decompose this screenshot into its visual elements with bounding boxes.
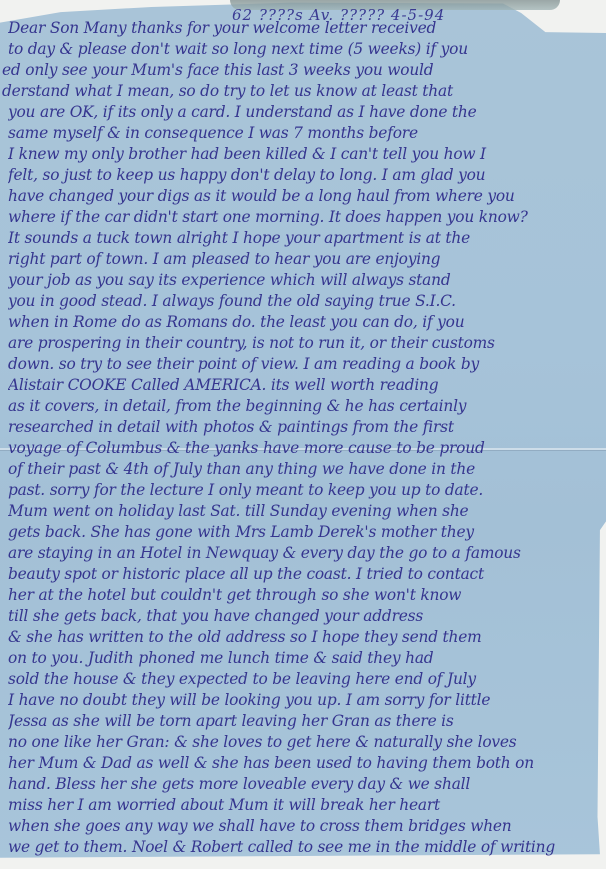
letter-line: to day & please don't wait so long next … bbox=[8, 39, 604, 59]
letter-line: you in good stead. I always found the ol… bbox=[8, 291, 604, 311]
letter-line: beauty spot or historic place all up the… bbox=[8, 564, 604, 584]
letter-line: are staying in an Hotel in Newquay & eve… bbox=[8, 543, 604, 563]
letter-line: right part of town. I am pleased to hear… bbox=[8, 249, 604, 269]
letter-line: you are OK, if its only a card. I unders… bbox=[8, 102, 604, 122]
letter-line: felt, so just to keep us happy don't del… bbox=[8, 165, 604, 185]
handwritten-letter: 62 ????s Av. ????? 4-5-94 Dear Son Many … bbox=[0, 0, 606, 869]
letter-line: where if the car didn't start one mornin… bbox=[8, 207, 604, 227]
letter-line: ed only see your Mum's face this last 3 … bbox=[2, 60, 598, 80]
letter-line: Alistair COOKE Called AMERICA. its well … bbox=[8, 375, 604, 395]
letter-line: have changed your digs as it would be a … bbox=[8, 186, 604, 206]
letter-line: I knew my only brother had been killed &… bbox=[8, 144, 604, 164]
letter-line: till she gets back, that you have change… bbox=[8, 606, 604, 626]
letter-line: down. so try to see their point of view.… bbox=[8, 354, 604, 374]
letter-line: miss her I am worried about Mum it will … bbox=[8, 795, 604, 815]
letter-line: her at the hotel but couldn't get throug… bbox=[8, 585, 604, 605]
letter-line: your job as you say its experience which… bbox=[8, 270, 604, 290]
letter-line: derstand what I mean, so do try to let u… bbox=[2, 81, 598, 101]
letter-line: no one like her Gran: & she loves to get… bbox=[8, 732, 604, 752]
letter-line: her Mum & Dad as well & she has been use… bbox=[8, 753, 604, 773]
letter-line: voyage of Columbus & the yanks have more… bbox=[8, 438, 604, 458]
letter-line: past. sorry for the lecture I only meant… bbox=[8, 480, 604, 500]
letter-line: I have no doubt they will be looking you… bbox=[8, 690, 604, 710]
letter-line: Dear Son Many thanks for your welcome le… bbox=[8, 18, 604, 38]
letter-line: of their past & 4th of July than any thi… bbox=[8, 459, 604, 479]
letter-line: sold the house & they expected to be lea… bbox=[8, 669, 604, 689]
letter-line: same myself & in consequence I was 7 mon… bbox=[8, 123, 604, 143]
letter-line: are prospering in their country, is not … bbox=[8, 333, 604, 353]
letter-line: we get to them. Noel & Robert called to … bbox=[8, 837, 604, 857]
letter-line: gets back. She has gone with Mrs Lamb De… bbox=[8, 522, 604, 542]
letter-line: on to you. Judith phoned me lunch time &… bbox=[8, 648, 604, 668]
letter-line: Mum went on holiday last Sat. till Sunda… bbox=[8, 501, 604, 521]
letter-line: when she goes any way we shall have to c… bbox=[8, 816, 604, 836]
letter-line: hand. Bless her she gets more loveable e… bbox=[8, 774, 604, 794]
letter-line: researched in detail with photos & paint… bbox=[8, 417, 604, 437]
letter-line: It sounds a tuck town alright I hope you… bbox=[8, 228, 604, 248]
letter-line: Jessa as she will be torn apart leaving … bbox=[8, 711, 604, 731]
letter-line: & she has written to the old address so … bbox=[8, 627, 604, 647]
letter-line: as it covers, in detail, from the beginn… bbox=[8, 396, 604, 416]
letter-line: when in Rome do as Romans do. the least … bbox=[8, 312, 604, 332]
